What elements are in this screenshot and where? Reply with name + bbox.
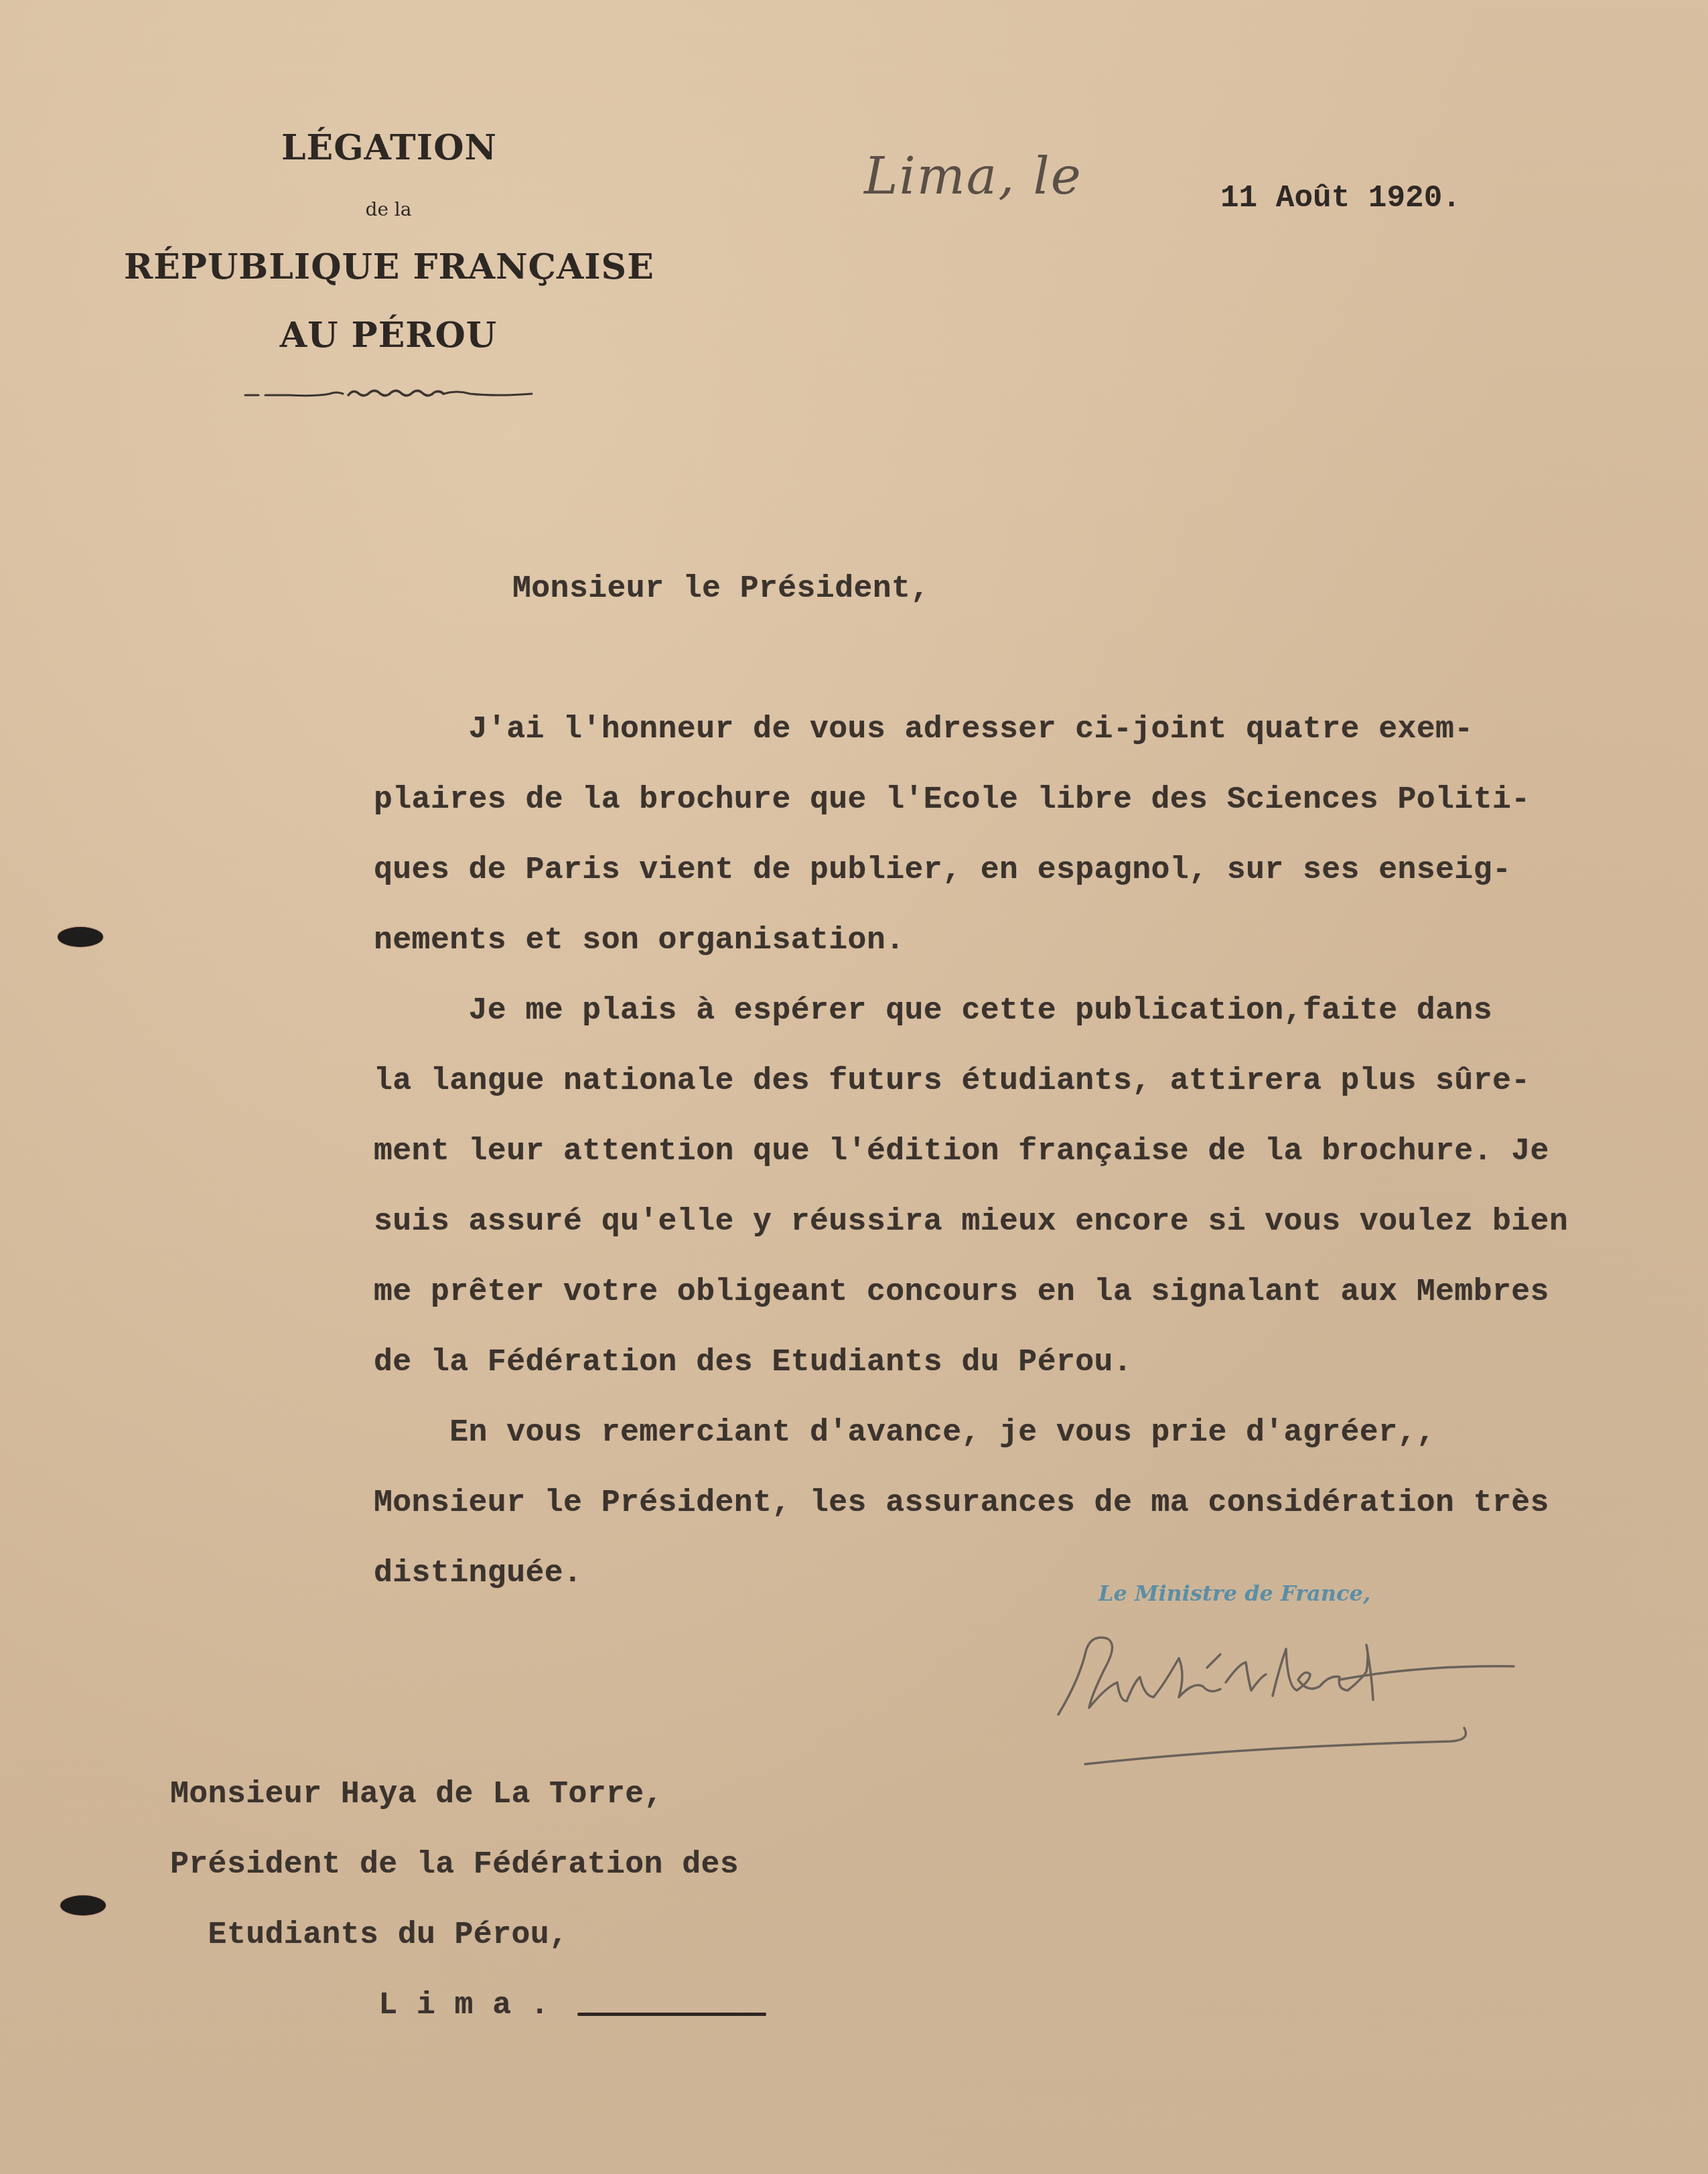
body-line: Je me plais à espérer que cette publicat… [374, 993, 1492, 1028]
place-script: Lima, le [864, 146, 1082, 206]
body-line: plaires de la brochure que l'Ecole libre… [374, 782, 1531, 817]
body-line: ques de Paris vient de publier, en espag… [374, 852, 1511, 887]
address-line: Monsieur Haya de La Torre, [170, 1776, 663, 1812]
address-city: L i m a . [170, 1987, 549, 2023]
minister-stamp: Le Ministre de France, [1098, 1581, 1370, 1606]
body-line: Monsieur le Président, les assurances de… [374, 1485, 1549, 1520]
punch-hole [60, 1895, 106, 1915]
letterhead-de-la: de la [335, 198, 442, 220]
body-line: En vous remerciant d'avance, je vous pri… [374, 1415, 1435, 1450]
letterhead-legation: LÉGATION [281, 127, 496, 168]
body-line: nements et son organisation. [374, 922, 905, 958]
address-line: Président de la Fédération des [170, 1846, 739, 1882]
letterhead-perou: AU PÉROU [275, 315, 502, 356]
handwritten-signature-icon [1045, 1607, 1567, 1782]
body-line: J'ai l'honneur de vous adresser ci-joint… [374, 711, 1474, 747]
letter-date: 11 Août 1920. [1220, 181, 1461, 216]
body-line: de la Fédération des Etudiants du Pérou. [374, 1344, 1132, 1380]
city-underline [577, 2013, 766, 2016]
body-line: la langue nationale des futurs étudiants… [374, 1063, 1531, 1098]
body-line: ment leur attention que l'édition frança… [374, 1133, 1549, 1169]
address-line: Etudiants du Pérou, [170, 1917, 568, 1952]
body-line: me prêter votre obligeant concours en la… [374, 1274, 1549, 1309]
body-line: suis assuré qu'elle y réussira mieux enc… [374, 1204, 1568, 1239]
flourish-rule-icon [242, 383, 535, 403]
letterhead-republique: RÉPUBLIQUE FRANÇAISE [124, 246, 653, 287]
punch-hole [58, 927, 103, 947]
salutation: Monsieur le Président, [512, 571, 930, 606]
body-line: distinguée. [374, 1555, 582, 1591]
